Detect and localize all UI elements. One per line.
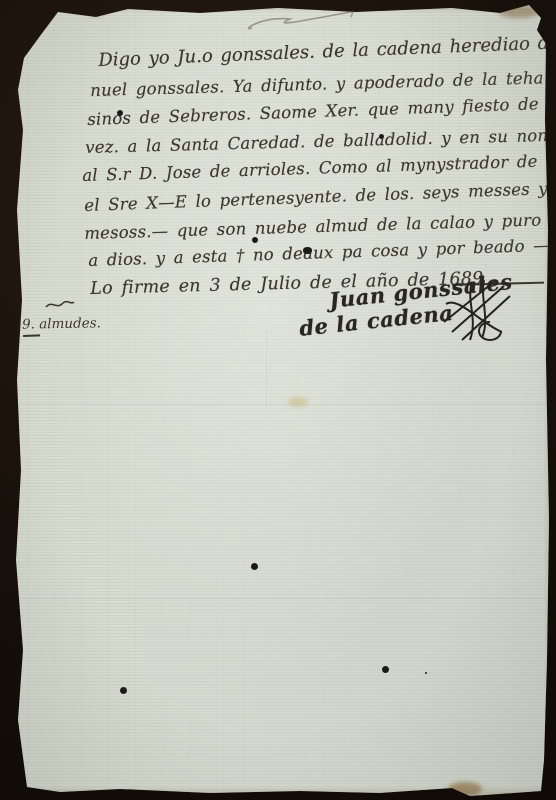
handwriting-line-3: sinos de Sebreros. Saome Xer. que many f…: [87, 94, 539, 129]
stain-center: [288, 397, 308, 407]
ink-speck: [252, 237, 258, 243]
margin-note-squiggle: [44, 298, 76, 312]
signature-rubric: [438, 274, 518, 350]
handwriting-line-4: vez. a la Santa Caredad. de balladolid. …: [85, 125, 556, 157]
scan-background: Digo yo Ju.o gonssales. de la cadena her…: [0, 0, 556, 800]
top-cipher-mark: [238, 0, 418, 36]
ink-speck: [120, 687, 127, 694]
stain-bottom-edge: [448, 782, 482, 796]
fold-crease-horizontal-upper: [18, 404, 546, 406]
handwriting-line-1: Digo yo Ju.o gonssales. de la cadena her…: [98, 31, 556, 71]
fold-crease-horizontal-lower: [18, 598, 546, 600]
ink-speck: [117, 110, 123, 116]
ink-speck: [251, 563, 258, 570]
handwriting-line-6: el Sre X—E lo pertenesyente. de los. sey…: [84, 178, 556, 215]
ink-speck: [379, 134, 384, 139]
stain-top-right-edge: [498, 6, 540, 18]
ink-speck: [425, 672, 427, 674]
stain-top-edge: [88, 9, 104, 16]
fold-crease-vertical-lower: [306, 500, 308, 790]
margin-note: 9. almudes.: [22, 315, 101, 332]
margin-note-underline: [23, 334, 40, 337]
ink-blot: [303, 247, 312, 254]
fold-crease-vertical: [266, 330, 268, 408]
handwriting-line-5: al S.r D. Jose de arrioles. Como al myny…: [82, 151, 556, 185]
ink-speck: [382, 666, 389, 673]
handwriting-line-2: nuel gonssales. Ya difunto. y apoderado …: [90, 68, 544, 100]
manuscript-page: Digo yo Ju.o gonssales. de la cadena her…: [0, 0, 556, 800]
